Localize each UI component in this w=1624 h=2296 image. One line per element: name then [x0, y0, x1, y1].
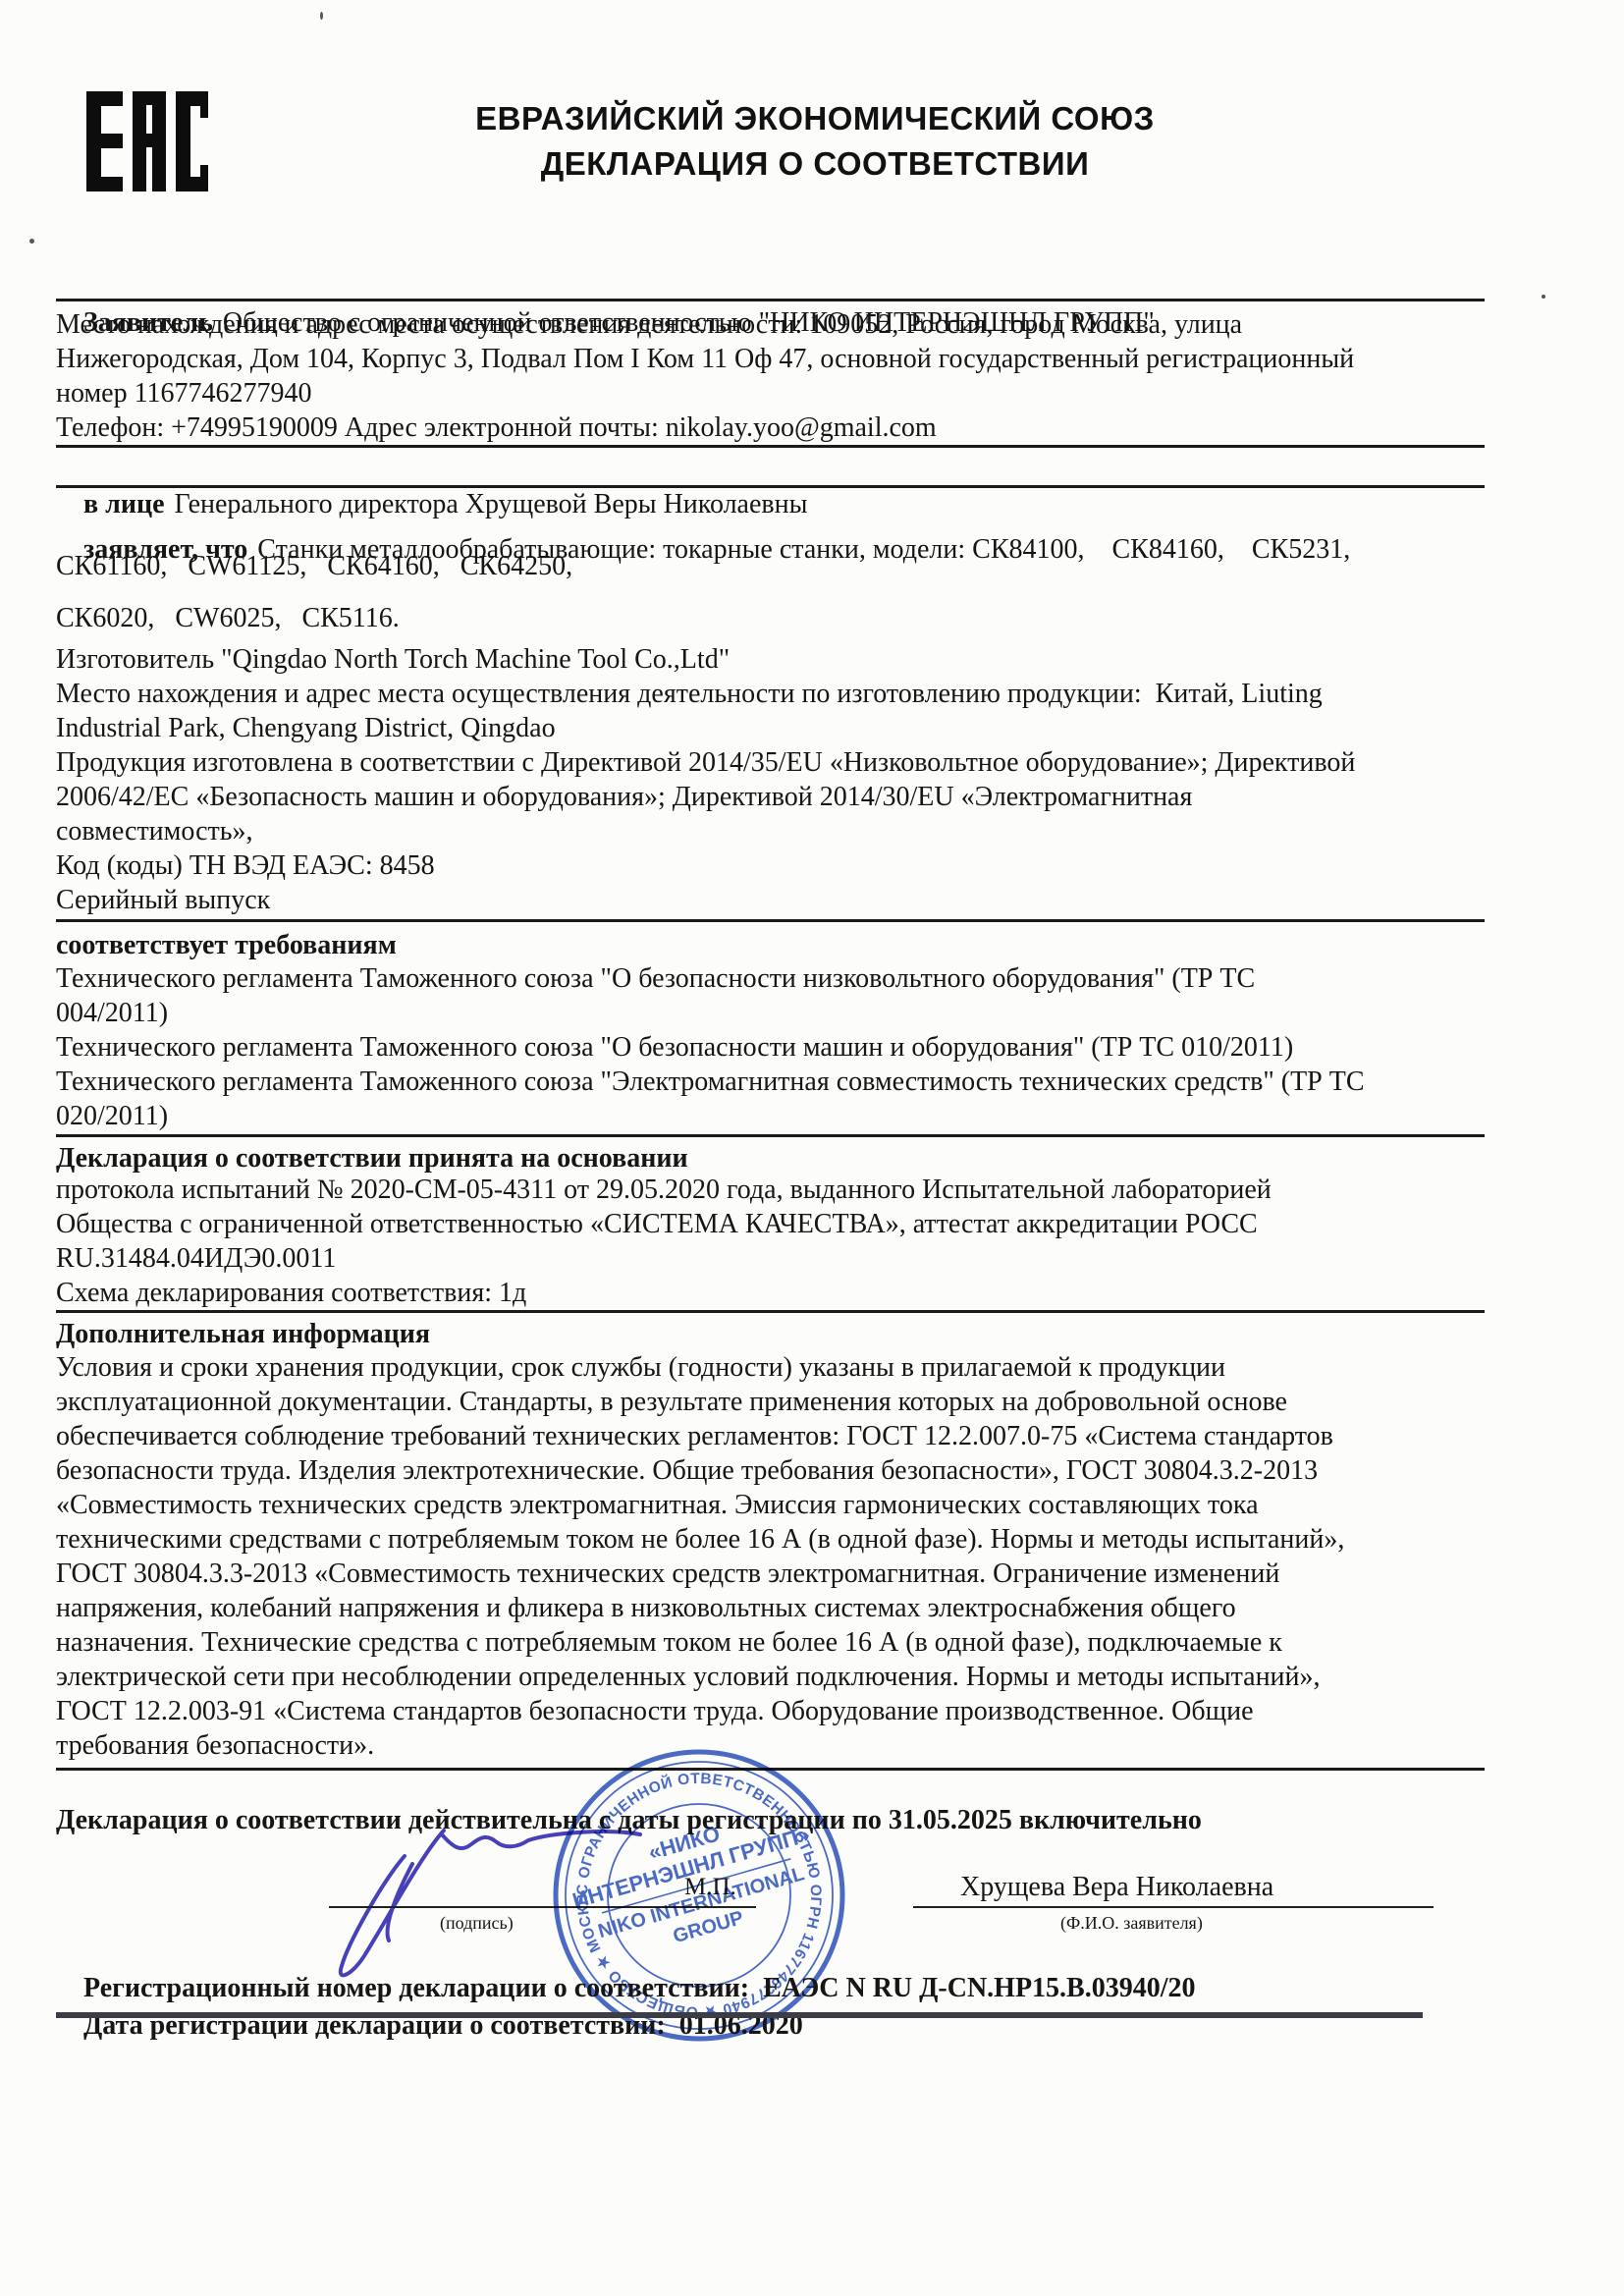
text-line: 2006/42/ЕС «Безопасность машин и оборудо… [56, 780, 1355, 814]
manufacturer-block: Изготовитель "Qingdao North Torch Machin… [56, 642, 1355, 917]
text-line: номер 1167746277940 [56, 376, 1354, 410]
scan-speck [1542, 295, 1545, 299]
text-line: техническими средствами с потребляемым т… [56, 1522, 1344, 1557]
text-line: ГОСТ 30804.3.3-2013 «Совместимость техни… [56, 1557, 1344, 1591]
text-line: Технического регламента Таможенного союз… [56, 1065, 1365, 1099]
text-line: 020/2011) [56, 1099, 1365, 1133]
text-line: Код (коды) ТН ВЭД ЕАЭС: 8458 [56, 848, 1355, 883]
compliance-heading: соответствует требованиям [56, 928, 397, 962]
signatory-line [913, 1906, 1434, 1908]
page-title: ДЕКЛАРАЦИЯ О СООТВЕТСТВИИ [324, 141, 1306, 187]
text-line: ГОСТ 12.2.003-91 «Система стандартов без… [56, 1694, 1344, 1728]
text-line: 004/2011) [56, 996, 1365, 1030]
additional-info-block: Условия и сроки хранения продукции, срок… [56, 1350, 1344, 1763]
divider [56, 445, 1485, 448]
divider [56, 485, 1485, 488]
scan-speck [320, 12, 323, 20]
additional-info-heading: Дополнительная информация [56, 1317, 430, 1351]
registration-date-line: Дата регистрации декларации о соответств… [56, 1974, 803, 2077]
divider [56, 1134, 1485, 1137]
divider [56, 1310, 1485, 1313]
compliance-block: Технического регламента Таможенного союз… [56, 961, 1365, 1133]
basis-heading: Декларация о соответствии принята на осн… [56, 1141, 688, 1175]
signatory-caption: (Ф.И.О. заявителя) [1060, 1913, 1203, 1933]
text-line: протокола испытаний № 2020-СМ-05-4311 от… [56, 1173, 1272, 1207]
text-line: совместимость», [56, 814, 1355, 848]
text-line: Общества с ограниченной ответственностью… [56, 1207, 1272, 1241]
text-line: безопасности труда. Изделия электротехни… [56, 1453, 1344, 1488]
signatory-name: Хрущева Вера Николаевна [960, 1870, 1273, 1904]
text-line: Технического регламента Таможенного союз… [56, 1030, 1365, 1065]
text-line: RU.31484.04ИДЭ0.0011 [56, 1241, 1272, 1276]
divider [56, 299, 1485, 301]
text-line: Изготовитель "Qingdao North Torch Machin… [56, 642, 1355, 677]
registration-number-value: ЕАЭС N RU Д-CN.НР15.В.03940/20 [763, 1973, 1195, 2003]
text-line: Телефон: +74995190009 Адрес электронной … [56, 410, 1354, 445]
text-line: Продукция изготовлена в соответствии с Д… [56, 745, 1355, 780]
text-line: Схема декларирования соответствия: 1д [56, 1276, 1272, 1310]
scan-speck [29, 239, 34, 244]
model-list-line: СК6020, CW6025, СК5116. [56, 601, 400, 635]
basis-block: протокола испытаний № 2020-СМ-05-4311 от… [56, 1173, 1272, 1310]
text-line: «Совместимость технических средств элект… [56, 1488, 1344, 1522]
applicant-address-block: Место нахождения и адрес места осуществл… [56, 307, 1354, 445]
text-line: Условия и сроки хранения продукции, срок… [56, 1350, 1344, 1385]
text-line: назначения. Технические средства с потре… [56, 1625, 1344, 1660]
divider [56, 919, 1485, 922]
text-line: Industrial Park, Chengyang District, Qin… [56, 711, 1355, 745]
text-line: напряжения, колебаний напряжения и флике… [56, 1591, 1344, 1625]
eac-mark-logo [86, 91, 208, 191]
text-line: Технического регламента Таможенного союз… [56, 961, 1365, 996]
text-line: Серийный выпуск [56, 883, 1355, 917]
text-line: обеспечивается соблюдение требований тех… [56, 1419, 1344, 1453]
text-line: Место нахождения и адрес места осуществл… [56, 307, 1354, 342]
text-line: Нижегородская, Дом 104, Корпус 3, Подвал… [56, 342, 1354, 376]
model-list-line: СК61160, CW61125, СК64160, СК64250, [56, 549, 572, 583]
text-line: электрической сети при несоблюдении опре… [56, 1660, 1344, 1694]
text-line: эксплуатационной документации. Стандарты… [56, 1385, 1344, 1419]
declaration-document-page: ЕВРАЗИЙСКИЙ ЭКОНОМИЧЕСКИЙ СОЮЗ ДЕКЛАРАЦИ… [0, 0, 1624, 2296]
bottom-divider [56, 2012, 1423, 2018]
signature-caption: (подпись) [440, 1913, 514, 1933]
union-name: ЕВРАЗИЙСКИЙ ЭКОНОМИЧЕСКИЙ СОЮЗ [324, 96, 1306, 141]
document-header: ЕВРАЗИЙСКИЙ ЭКОНОМИЧЕСКИЙ СОЮЗ ДЕКЛАРАЦИ… [324, 96, 1306, 187]
text-line: Место нахождения и адрес места осуществл… [56, 677, 1355, 711]
